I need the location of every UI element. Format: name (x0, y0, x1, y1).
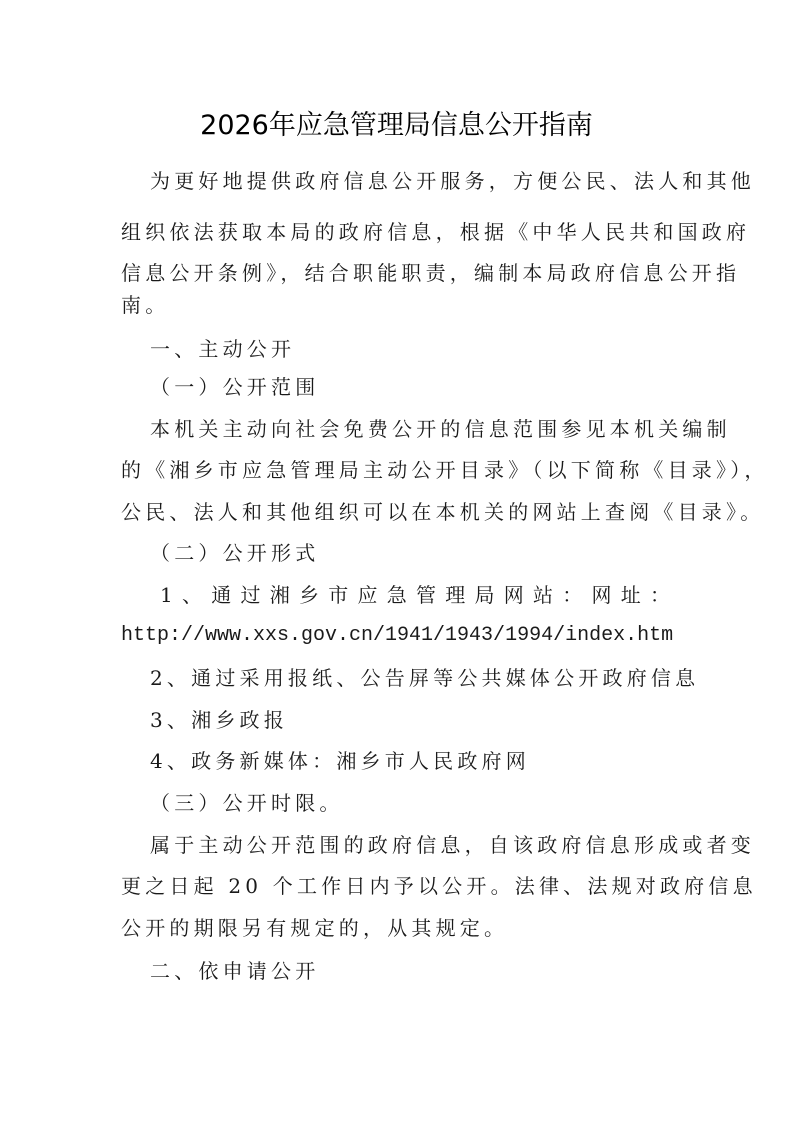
form-item-2: 2、通过采用报纸、公告屏等公共媒体公开政府信息 (150, 663, 699, 693)
intro-line-3: 信息公开条例》，结合职能职责，编制本局政府信息公开指 (121, 258, 740, 288)
form-item-1-char: 过 (240, 580, 260, 610)
form-item-1-char: 网 (591, 580, 611, 610)
scope-line-1: 本机关主动向社会免费公开的信息范围参见本机关编制 (150, 414, 731, 444)
scope-line-3: 公民、法人和其他组织可以在本机关的网站上查阅《目录》。 (121, 497, 764, 527)
form-item-1-char: 急 (387, 580, 407, 610)
intro-line-1: 为更好地提供政府信息公开服务，方便公民、法人和其他 (150, 166, 755, 196)
document-title: 2026年应急管理局信息公开指南 (0, 106, 793, 146)
form-item-3: 3、湘乡政报 (150, 705, 288, 735)
form-item-1-char: 应 (357, 580, 377, 610)
subsection-heading-time-limit: （三）公开时限。 (150, 788, 344, 818)
form-item-1-char: 理 (445, 580, 465, 610)
form-item-1-char: 、 (182, 580, 202, 610)
form-item-1-char: 址 (621, 580, 641, 610)
form-item-1-char: 乡 (299, 580, 319, 610)
time-limit-line-2: 更之日起 20 个工作日内予以公开。法律、法规对政府信息 (121, 871, 757, 901)
scope-line-2: 的《湘乡市应急管理局主动公开目录》（以下简称《目录》）， (121, 455, 769, 485)
time-limit-line-3: 公开的期限另有规定的，从其规定。 (121, 913, 508, 943)
form-item-1-char: 市 (328, 580, 348, 610)
form-item-1-char: 网 (504, 580, 524, 610)
subsection-heading-scope: （一）公开范围 (150, 372, 319, 402)
section-heading-active-disclosure: 一、主动公开 (150, 334, 295, 364)
document-page: 2026年应急管理局信息公开指南 为更好地提供政府信息公开服务，方便公民、法人和… (0, 0, 793, 1122)
form-item-1-char: 1 (160, 580, 173, 610)
form-item-1-char: ： (562, 580, 582, 610)
form-item-1-char: 局 (474, 580, 494, 610)
form-item-1-char: ： (650, 580, 670, 610)
intro-line-2: 组织依法获取本局的政府信息，根据《中华人民共和国政府 (121, 217, 750, 247)
website-url: http://www.xxs.gov.cn/1941/1943/1994/ind… (121, 621, 673, 651)
form-item-4: 4、政务新媒体：湘乡市人民政府网 (150, 746, 530, 776)
form-item-1: 1 、 通 过 湘 乡 市 应 急 管 理 局 网 站 ： 网 址 ： (160, 580, 670, 610)
intro-line-4: 南。 (121, 290, 169, 320)
time-limit-line-1: 属于主动公开范围的政府信息，自该政府信息形成或者变 (150, 830, 755, 860)
form-item-1-char: 湘 (270, 580, 290, 610)
form-item-1-char: 通 (211, 580, 231, 610)
form-item-1-char: 站 (533, 580, 553, 610)
subsection-heading-form: （二）公开形式 (150, 538, 319, 568)
section-heading-on-request: 二、依申请公开 (150, 956, 319, 986)
form-item-1-char: 管 (416, 580, 436, 610)
